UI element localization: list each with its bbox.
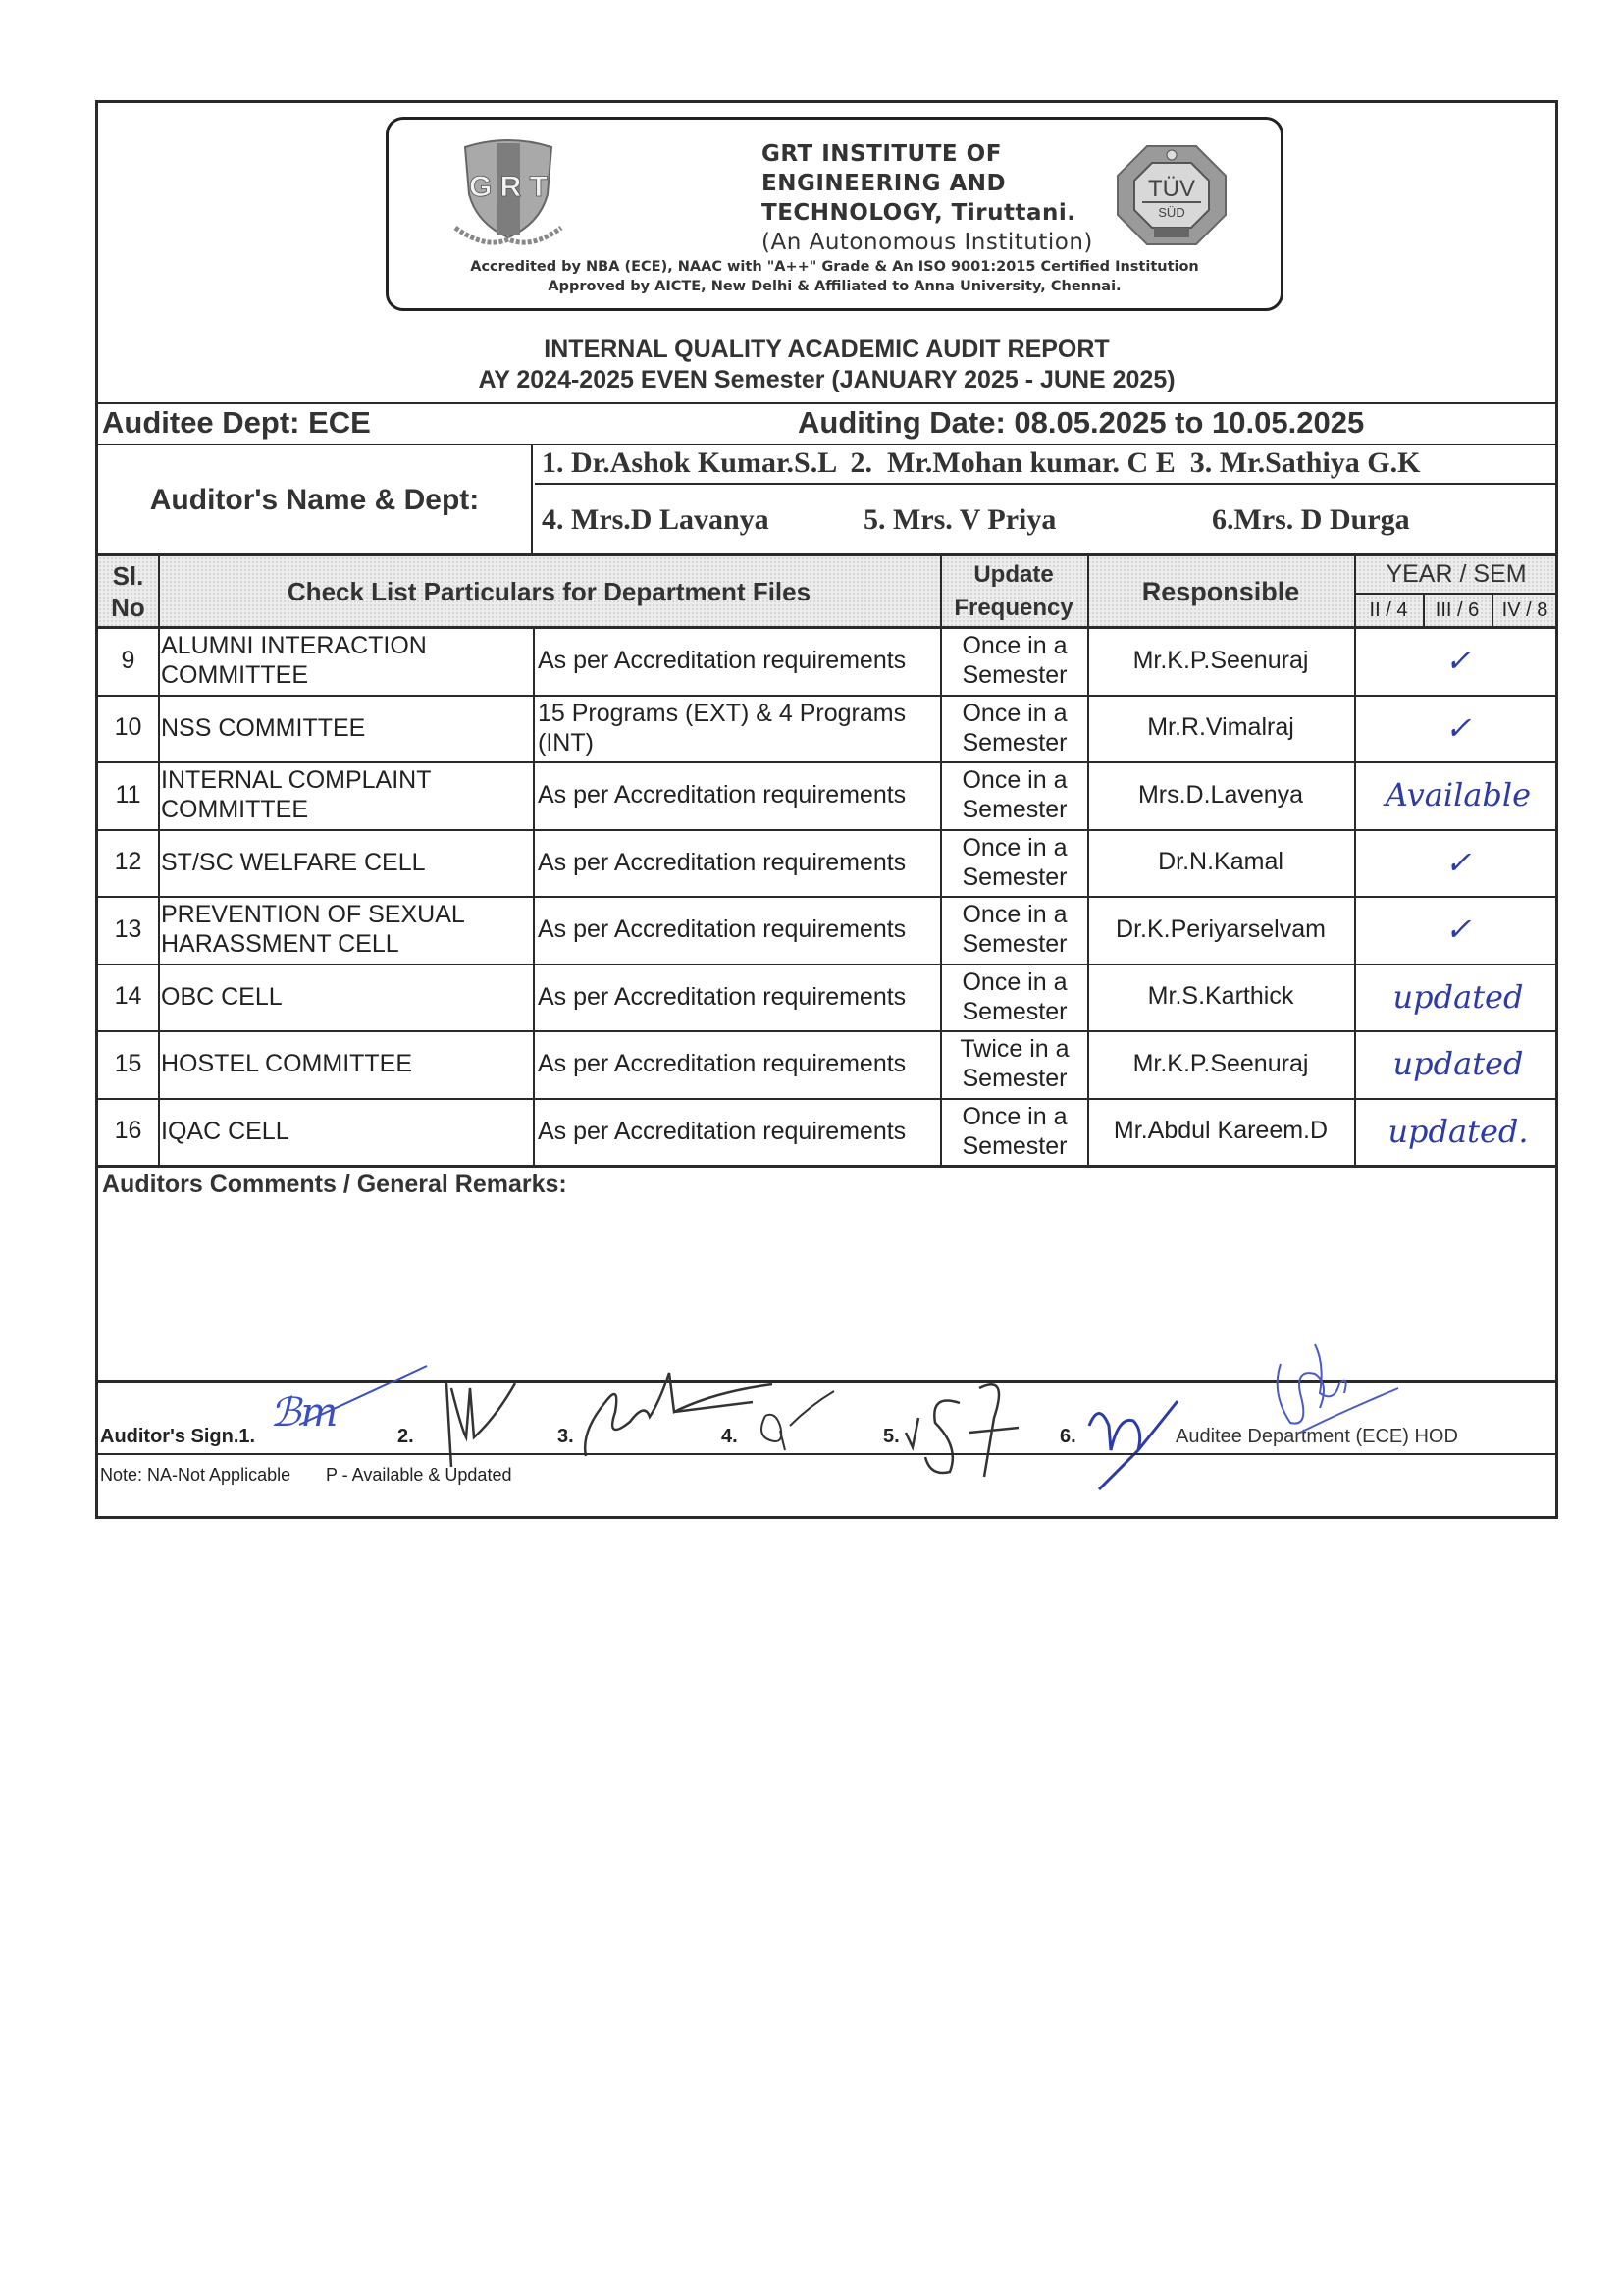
- row-item: PREVENTION OF SEXUAL HARASSMENT CELL: [161, 896, 532, 964]
- row-frequency: Once in a Semester: [942, 761, 1087, 829]
- row-frequency: Once in a Semester: [942, 896, 1087, 964]
- signature-1-stroke-icon: [294, 1361, 432, 1430]
- signature-6-icon: [1079, 1396, 1187, 1494]
- row-frequency: Once in a Semester: [942, 964, 1087, 1031]
- signature-2-icon: [437, 1379, 525, 1472]
- row-responsible: Mr.S.Karthick: [1087, 964, 1354, 1031]
- report-title: INTERNAL QUALITY ACADEMIC AUDIT REPORT: [98, 336, 1555, 364]
- row-item: NSS COMMITTEE: [161, 695, 532, 762]
- header-sem-ii-4: II / 4: [1354, 594, 1423, 627]
- row-status[interactable]: updated.: [1356, 1098, 1560, 1166]
- header-frequency: Update Frequency: [940, 556, 1087, 627]
- row-number: 10: [98, 695, 158, 762]
- row-status[interactable]: ✓: [1356, 829, 1560, 897]
- row-number: 14: [98, 964, 158, 1031]
- row-detail: As per Accreditation requirements: [538, 627, 938, 695]
- row-frequency: Once in a Semester: [942, 627, 1087, 695]
- row-item: INTERNAL COMPLAINT COMMITTEE: [161, 761, 532, 829]
- auditing-date: Auditing Date: 08.05.2025 to 10.05.2025: [798, 405, 1364, 441]
- divider: [98, 402, 1555, 404]
- row-item: ALUMNI INTERACTION COMMITTEE: [161, 627, 532, 695]
- row-detail: As per Accreditation requirements: [538, 761, 938, 829]
- table-row: 10NSS COMMITTEE15 Programs (EXT) & 4 Pro…: [98, 695, 1555, 762]
- report-subtitle: AY 2024-2025 EVEN Semester (JANUARY 2025…: [98, 366, 1555, 394]
- note-na: Note: NA-Not Applicable: [100, 1465, 290, 1486]
- header-sl-no: Sl. No: [98, 556, 158, 627]
- row-frequency: Once in a Semester: [942, 829, 1087, 897]
- table-row: 14OBC CELLAs per Accreditation requireme…: [98, 964, 1555, 1031]
- row-responsible: Mr.Abdul Kareem.D: [1087, 1098, 1354, 1166]
- row-detail: 15 Programs (EXT) & 4 Programs (INT): [538, 695, 938, 762]
- row-detail: As per Accreditation requirements: [538, 829, 938, 897]
- row-item: OBC CELL: [161, 964, 532, 1031]
- row-number: 11: [98, 761, 158, 829]
- table-row: 12ST/SC WELFARE CELLAs per Accreditation…: [98, 829, 1555, 897]
- row-responsible: Dr.N.Kamal: [1087, 829, 1354, 897]
- header-year-sem: YEAR / SEM: [1354, 556, 1558, 592]
- row-responsible: Mrs.D.Lavenya: [1087, 761, 1354, 829]
- row-item: HOSTEL COMMITTEE: [161, 1030, 532, 1098]
- row-status[interactable]: updated: [1356, 1030, 1560, 1098]
- header-responsible: Responsible: [1087, 556, 1354, 627]
- row-responsible: Mr.K.P.Seenuraj: [1087, 1030, 1354, 1098]
- auditor-5: 5. Mrs. V Priya: [864, 503, 1056, 537]
- table-row: 9ALUMNI INTERACTION COMMITTEEAs per Accr…: [98, 627, 1555, 695]
- signature-4-icon: [751, 1386, 839, 1455]
- row-responsible: Mr.R.Vimalraj: [1087, 695, 1354, 762]
- table-row: 11INTERNAL COMPLAINT COMMITTEEAs per Acc…: [98, 761, 1555, 829]
- auditors-row-1: 1. Dr.Ashok Kumar.S.L 2. Mr.Mohan kumar.…: [542, 446, 1420, 480]
- header-sem-iii-6: III / 6: [1423, 594, 1492, 627]
- remarks-label: Auditors Comments / General Remarks:: [102, 1171, 567, 1199]
- grt-shield-logo-icon: G R T: [445, 135, 571, 251]
- row-item: IQAC CELL: [161, 1098, 532, 1166]
- row-status[interactable]: ✓: [1356, 627, 1560, 695]
- row-frequency: Once in a Semester: [942, 1098, 1087, 1166]
- auditor-sign-label: Auditor's Sign.1.: [100, 1426, 255, 1448]
- table-row: 15HOSTEL COMMITTEEAs per Accreditation r…: [98, 1030, 1555, 1098]
- row-detail: As per Accreditation requirements: [538, 896, 938, 964]
- row-responsible: Mr.K.P.Seenuraj: [1087, 627, 1354, 695]
- row-responsible: Dr.K.Periyarselvam: [1087, 896, 1354, 964]
- hod-signature-icon: [1261, 1334, 1408, 1452]
- signature-5-icon: [901, 1379, 1048, 1487]
- row-status[interactable]: Available: [1356, 761, 1560, 829]
- row-detail: As per Accreditation requirements: [538, 964, 938, 1031]
- svg-text:G R T: G R T: [469, 171, 548, 203]
- header-sem-iv-8: IV / 8: [1492, 594, 1558, 627]
- row-number: 13: [98, 896, 158, 964]
- institution-header: G R T GRT INSTITUTE OF ENGINEERING AND T…: [386, 117, 1283, 311]
- table-row: 16IQAC CELLAs per Accreditation requirem…: [98, 1098, 1555, 1166]
- svg-text:SÜD: SÜD: [1158, 205, 1184, 220]
- row-detail: As per Accreditation requirements: [538, 1098, 938, 1166]
- row-status[interactable]: updated: [1356, 964, 1560, 1031]
- auditor-6: 6.Mrs. D Durga: [1212, 503, 1410, 537]
- header-particulars: Check List Particulars for Department Fi…: [158, 556, 940, 627]
- note-p: P - Available & Updated: [326, 1465, 511, 1486]
- row-detail: As per Accreditation requirements: [538, 1030, 938, 1098]
- row-item: ST/SC WELFARE CELL: [161, 829, 532, 897]
- svg-text:TÜV: TÜV: [1148, 176, 1195, 202]
- accreditation-text: Accredited by NBA (ECE), NAAC with "A++"…: [389, 257, 1281, 296]
- row-number: 15: [98, 1030, 158, 1098]
- institution-status: (An Autonomous Institution): [761, 228, 1093, 257]
- row-frequency: Twice in a Semester: [942, 1030, 1087, 1098]
- auditor-4: 4. Mrs.D Lavanya: [542, 503, 769, 537]
- tuv-sud-certification-icon: TÜV SÜD: [1113, 141, 1230, 249]
- row-number: 12: [98, 829, 158, 897]
- row-frequency: Once in a Semester: [942, 695, 1087, 762]
- row-status[interactable]: ✓: [1356, 896, 1560, 964]
- row-number: 16: [98, 1098, 158, 1166]
- table-row: 13PREVENTION OF SEXUAL HARASSMENT CELLAs…: [98, 896, 1555, 964]
- row-number: 9: [98, 627, 158, 695]
- auditor-label: Auditor's Name & Dept:: [98, 445, 531, 555]
- auditee-dept: Auditee Dept: ECE: [102, 405, 371, 441]
- audit-report-form: G R T GRT INSTITUTE OF ENGINEERING AND T…: [95, 100, 1558, 1519]
- row-status[interactable]: ✓: [1356, 695, 1560, 762]
- institution-name: GRT INSTITUTE OF ENGINEERING AND TECHNOL…: [761, 139, 1093, 257]
